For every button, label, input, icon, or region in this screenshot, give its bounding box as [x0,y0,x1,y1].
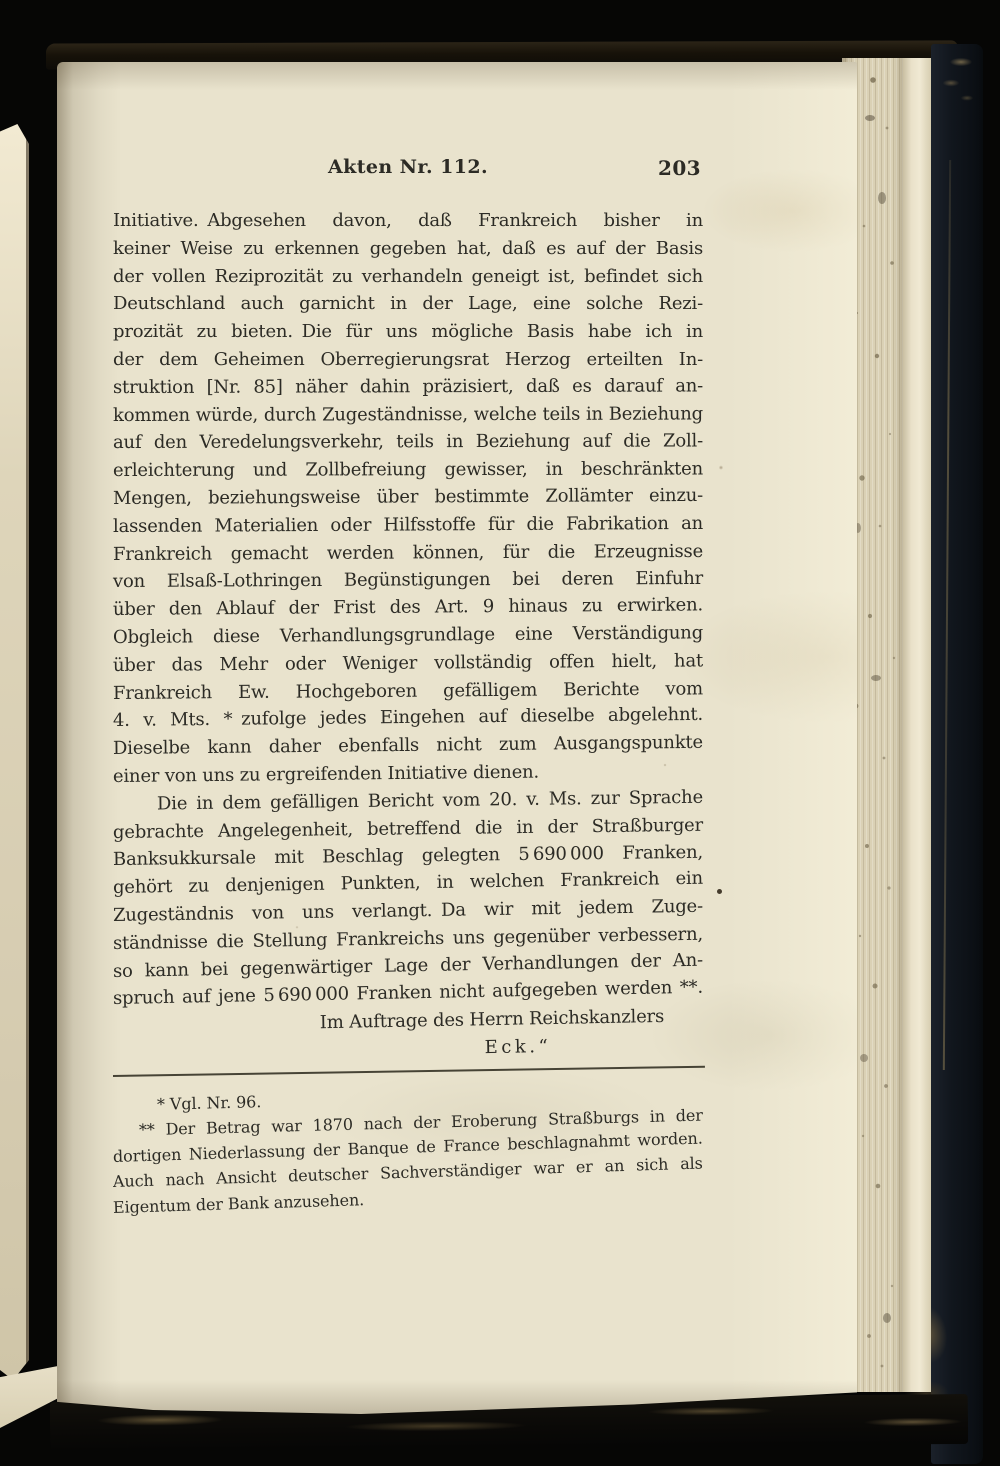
facing-page-edge-left [0,124,29,1380]
book-cover-right [931,44,983,1464]
text-line: erleichterung und Zollbefreiung gewisser… [113,456,703,485]
section-title: Akten Nr. 112. [113,156,703,178]
text-line: keiner Weise zu erkennen gegeben hat, da… [113,235,703,263]
paragraph-2: Die in dem gefälligen Bericht vom 20. v.… [113,791,703,1013]
cover-wear-top [939,50,979,110]
paragraph-1: Initiative. Abgesehen davon, daß Frankre… [113,207,703,791]
footnotes-block: * Vgl. Nr. 96. ** Der Betrag war 1870 na… [113,1093,703,1221]
text-line: Deutschland auch garnicht in der Lage, e… [113,290,703,318]
text-column: Initiative. Abgesehen davon, daß Frankre… [113,207,703,1220]
book-page: Akten Nr. 112. 203 Initiative. Abgesehen… [57,62,857,1414]
ink-spot [717,889,722,894]
text-line: prozität zu bieten. Die für uns mögliche… [113,318,703,346]
page-block-edge-highlight [903,58,931,1392]
signature-block: Im Auftrage des Herrn Reichskanzlers Eck… [113,1013,703,1069]
page-number: 203 [658,156,701,180]
text-line: Obgleich diese Verhandlungsgrundlage ein… [113,619,703,651]
running-head: Akten Nr. 112. 203 [113,156,703,182]
text-line: Mengen, beziehungsweise über bestimmte Z… [113,482,703,513]
text-line: auf den Veredelungsverkehr, teils in Bez… [113,428,703,457]
cover-scratch-mark [943,160,951,1070]
text-line: der dem Geheimen Oberregierungsrat Herzo… [113,346,703,374]
text-line: über das Mehr oder Weniger vollständig o… [113,647,703,679]
text-line: Frankreich gemacht werden können, für di… [113,537,703,568]
text-line: lassenden Materialien oder Hilfsstoffe f… [113,510,703,541]
text-line: struktion [Nr. 85] näher dahin präzisier… [113,372,703,401]
book-scan-photo: { "book_page": { "header": { "section_ti… [0,0,1000,1466]
text-line: der vollen Reziprozität zu verhandeln ge… [113,263,703,291]
text-line: kommen würde, durch Zugeständnisse, welc… [113,400,703,429]
text-line: Initiative. Abgesehen davon, daß Frankre… [113,207,703,235]
